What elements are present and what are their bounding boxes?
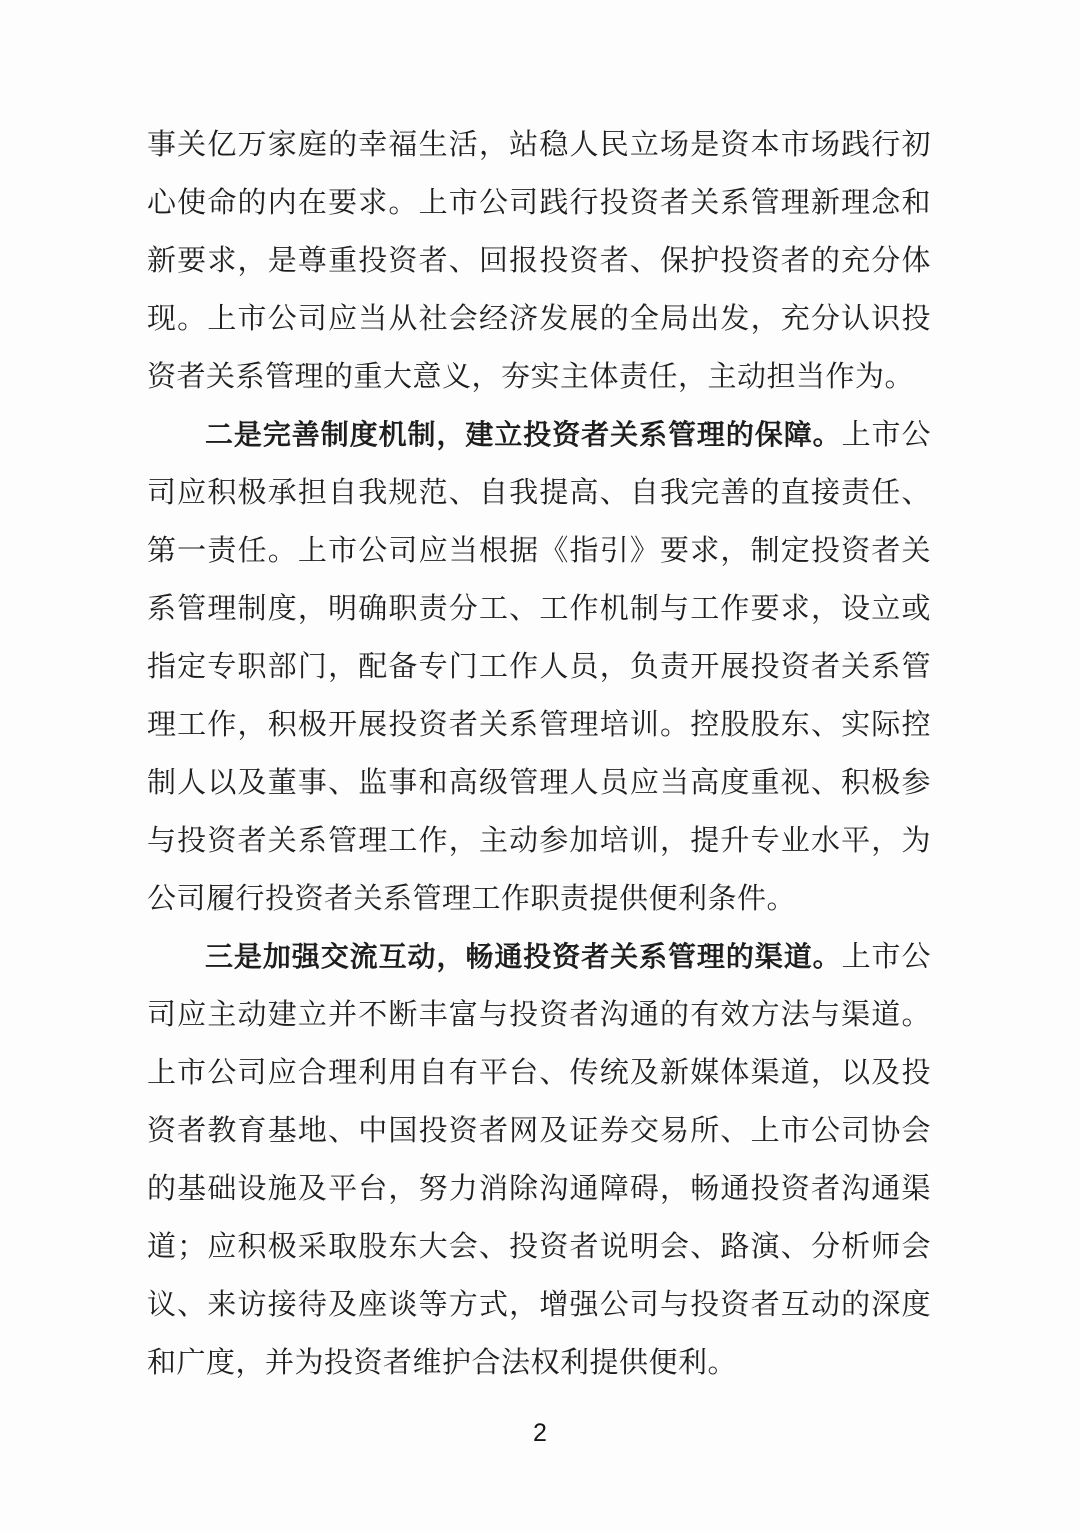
paragraph-lead-bold: 三是加强交流互动，畅通投资者关系管理的渠道。	[205, 941, 842, 972]
paragraph-lead-bold: 二是完善制度机制，建立投资者关系管理的保障。	[205, 419, 842, 450]
paragraph-text: 上市公司应主动建立并不断丰富与投资者沟通的有效方法与渠道。上市公司应合理利用自有…	[147, 941, 931, 1379]
paragraph-point-three: 三是加强交流互动，畅通投资者关系管理的渠道。上市公司应主动建立并不断丰富与投资者…	[147, 928, 931, 1392]
document-body: 事关亿万家庭的幸福生活，站稳人民立场是资本市场践行初心使命的内在要求。上市公司践…	[147, 116, 931, 1392]
document-page: 事关亿万家庭的幸福生活，站稳人民立场是资本市场践行初心使命的内在要求。上市公司践…	[0, 0, 1080, 1533]
page-number: 2	[0, 1418, 1080, 1448]
paragraph-text: 事关亿万家庭的幸福生活，站稳人民立场是资本市场践行初心使命的内在要求。上市公司践…	[147, 129, 931, 393]
paragraph-text: 上市公司应积极承担自我规范、自我提高、自我完善的直接责任、第一责任。上市公司应当…	[147, 419, 931, 915]
paragraph-continuation: 事关亿万家庭的幸福生活，站稳人民立场是资本市场践行初心使命的内在要求。上市公司践…	[147, 116, 931, 406]
paragraph-point-two: 二是完善制度机制，建立投资者关系管理的保障。上市公司应积极承担自我规范、自我提高…	[147, 406, 931, 928]
